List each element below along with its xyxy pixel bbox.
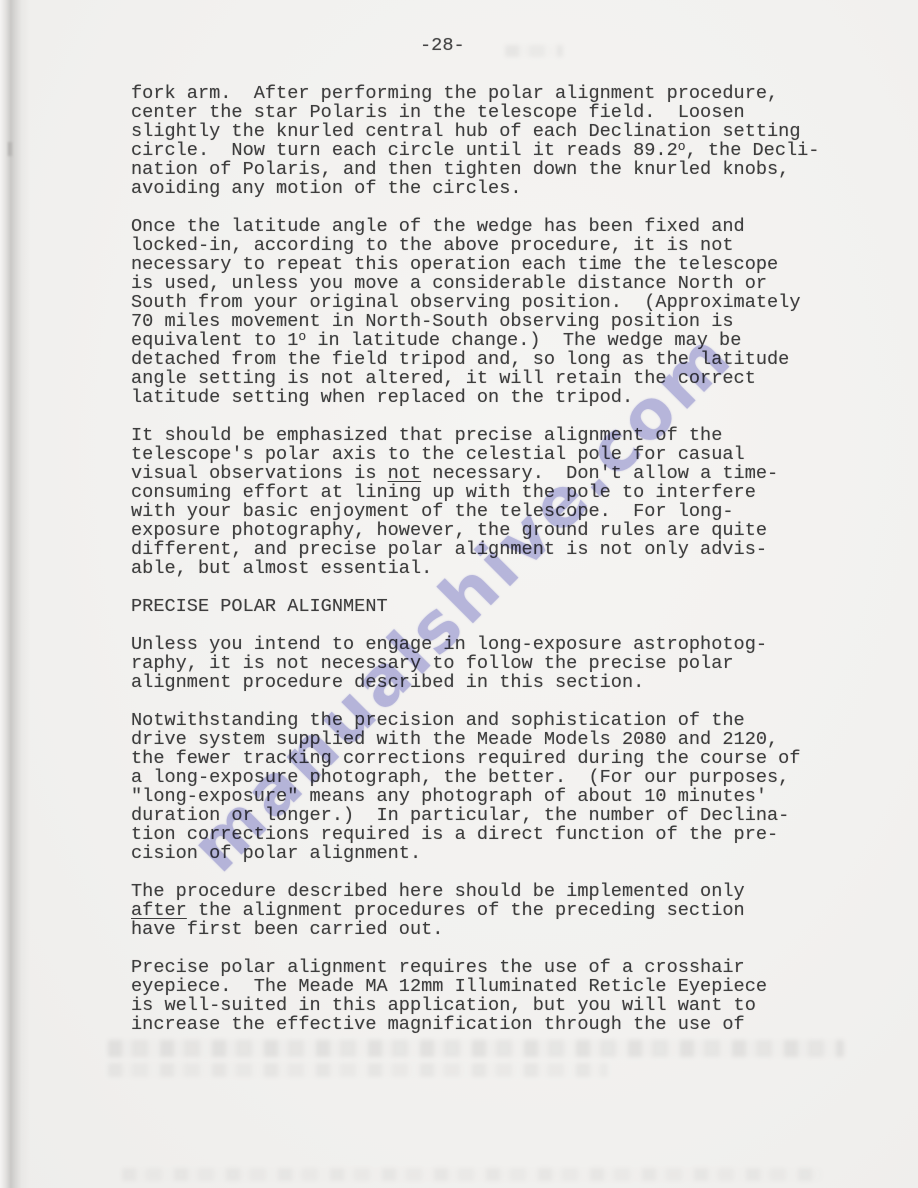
text-line: after the alignment procedures of the pr… xyxy=(131,901,831,920)
text-line: fork arm. After performing the polar ali… xyxy=(131,84,831,103)
text-line: telescope's polar axis to the celestial … xyxy=(131,445,831,464)
text-line: tion corrections required is a direct fu… xyxy=(131,825,831,844)
page-number: -28- xyxy=(420,36,465,56)
text-line: a long-exposure photograph, the better. … xyxy=(131,768,831,787)
text-line: alignment procedure described in this se… xyxy=(131,673,831,692)
text-line: circle. Now turn each circle until it re… xyxy=(131,141,831,160)
bleed-through-smudge xyxy=(108,1040,844,1057)
paragraph: Notwithstanding the precision and sophis… xyxy=(131,711,831,863)
paragraph: The procedure described here should be i… xyxy=(131,882,831,939)
text-line: with your basic enjoyment of the telesco… xyxy=(131,502,831,521)
text-line: consuming effort at lining up with the p… xyxy=(131,483,831,502)
text-line: detached from the field tripod and, so l… xyxy=(131,350,831,369)
scanned-manual-page: -28- fork arm. After performing the pola… xyxy=(0,0,918,1188)
text-line: drive system supplied with the Meade Mod… xyxy=(131,730,831,749)
text-line: Notwithstanding the precision and sophis… xyxy=(131,711,831,730)
text-line: 70 miles movement in North-South observi… xyxy=(131,312,831,331)
paragraph: It should be emphasized that precise ali… xyxy=(131,426,831,578)
text-line: able, but almost essential. xyxy=(131,559,831,578)
text-line: center the star Polaris in the telescope… xyxy=(131,103,831,122)
text-line: is used, unless you move a considerable … xyxy=(131,274,831,293)
paragraph: Precise polar alignment requires the use… xyxy=(131,958,831,1034)
text-line: necessary to repeat this operation each … xyxy=(131,255,831,274)
document-body: fork arm. After performing the polar ali… xyxy=(131,84,831,1053)
paragraph: Unless you intend to engage in long-expo… xyxy=(131,635,831,692)
text-line: different, and precise polar alignment i… xyxy=(131,540,831,559)
paragraph: fork arm. After performing the polar ali… xyxy=(131,84,831,198)
bleed-through-smudge xyxy=(505,45,563,57)
text-line: exposure photography, however, the groun… xyxy=(131,521,831,540)
section-heading: PRECISE POLAR ALIGNMENT xyxy=(131,597,831,616)
text-line: eyepiece. The Meade MA 12mm Illuminated … xyxy=(131,977,831,996)
text-line: visual observations is not necessary. Do… xyxy=(131,464,831,483)
paragraph: Once the latitude angle of the wedge has… xyxy=(131,217,831,407)
text-line: locked-in, according to the above proced… xyxy=(131,236,831,255)
text-line: is well-suited in this application, but … xyxy=(131,996,831,1015)
text-line: nation of Polaris, and then tighten down… xyxy=(131,160,831,179)
spine-shadow-mark xyxy=(8,142,12,156)
text-line: slightly the knurled central hub of each… xyxy=(131,122,831,141)
text-line: cision of polar alignment. xyxy=(131,844,831,863)
text-line: duration or longer.) In particular, the … xyxy=(131,806,831,825)
page-spine-shadow xyxy=(0,0,30,1188)
text-line: angle setting is not altered, it will re… xyxy=(131,369,831,388)
text-line: Precise polar alignment requires the use… xyxy=(131,958,831,977)
text-line: South from your original observing posit… xyxy=(131,293,831,312)
text-line: raphy, it is not necessary to follow the… xyxy=(131,654,831,673)
text-line: have first been carried out. xyxy=(131,920,831,939)
text-line: It should be emphasized that precise ali… xyxy=(131,426,831,445)
text-line: avoiding any motion of the circles. xyxy=(131,179,831,198)
bleed-through-smudge xyxy=(108,1063,608,1077)
text-line: latitude setting when replaced on the tr… xyxy=(131,388,831,407)
text-line: increase the effective magnification thr… xyxy=(131,1015,831,1034)
text-line: "long-exposure" means any photograph of … xyxy=(131,787,831,806)
text-line: the fewer tracking corrections required … xyxy=(131,749,831,768)
text-line: equivalent to 1o in latitude change.) Th… xyxy=(131,331,831,350)
text-line: Once the latitude angle of the wedge has… xyxy=(131,217,831,236)
text-line: The procedure described here should be i… xyxy=(131,882,831,901)
text-line: Unless you intend to engage in long-expo… xyxy=(131,635,831,654)
bleed-through-smudge xyxy=(122,1168,822,1181)
